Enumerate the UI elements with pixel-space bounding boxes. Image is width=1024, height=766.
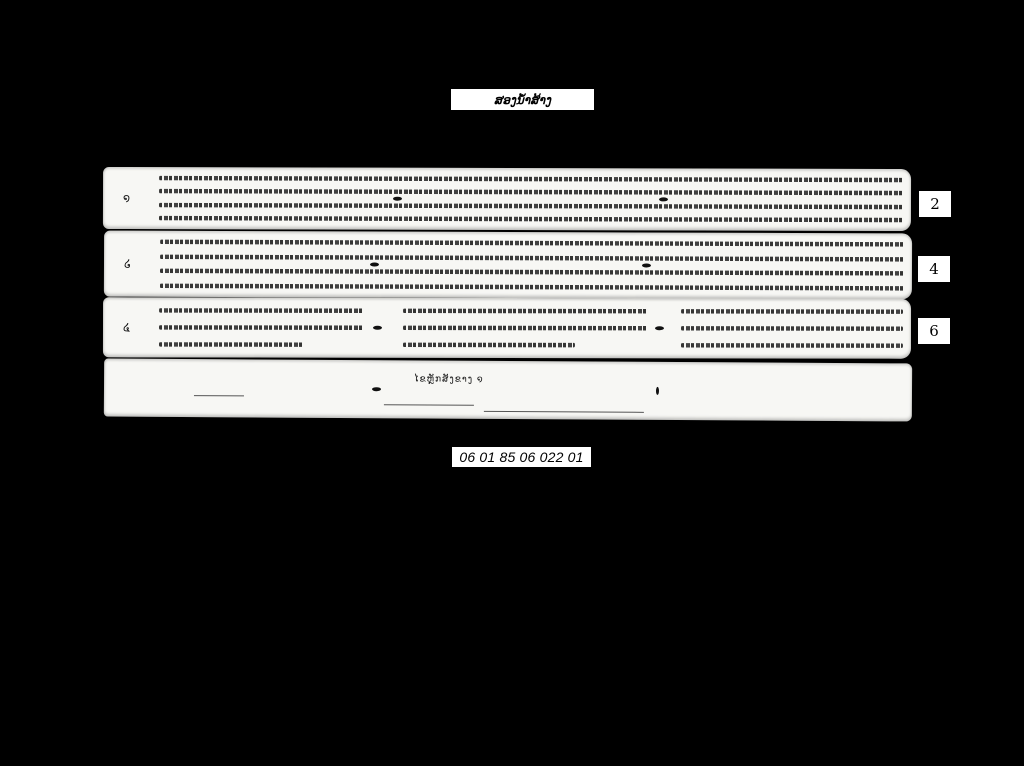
scratch-mark — [194, 395, 244, 396]
page-number-label: 2 — [919, 191, 951, 217]
string-hole — [655, 326, 664, 330]
page-number-label: 4 — [918, 256, 950, 282]
leaf-text — [159, 301, 364, 353]
scratch-mark — [484, 411, 644, 413]
leaf-text — [403, 302, 648, 354]
leaf-text — [160, 235, 904, 296]
manuscript-code-label: 06 01 85 06 022 01 — [452, 447, 591, 467]
palm-leaf-1: ໑ — [103, 167, 911, 231]
leaf-numeral: ໒ — [124, 257, 131, 270]
page-number-label: 6 — [918, 318, 950, 344]
leaf-text — [681, 302, 903, 354]
string-hole — [393, 197, 402, 201]
leaf-numeral: ໑ — [123, 191, 130, 204]
leaf-text — [159, 171, 903, 227]
string-hole — [370, 263, 379, 267]
string-hole — [659, 197, 668, 201]
string-hole — [656, 387, 659, 395]
leaf-numeral: ໔ — [123, 321, 130, 334]
string-hole — [373, 326, 382, 330]
palm-leaf-cover: ໄຂຫຼັກສັງຂາງ ໑ — [104, 359, 912, 422]
palm-leaf-3: ໔ — [103, 297, 911, 358]
manuscript-title-label: ສອງນໍ້າສ້າງ — [451, 89, 594, 110]
scratch-mark — [384, 404, 474, 406]
cover-title: ໄຂຫຼັກສັງຂາງ ໑ — [414, 374, 484, 384]
palm-leaf-2: ໒ — [104, 231, 912, 300]
string-hole — [642, 263, 651, 267]
string-hole — [372, 387, 381, 391]
